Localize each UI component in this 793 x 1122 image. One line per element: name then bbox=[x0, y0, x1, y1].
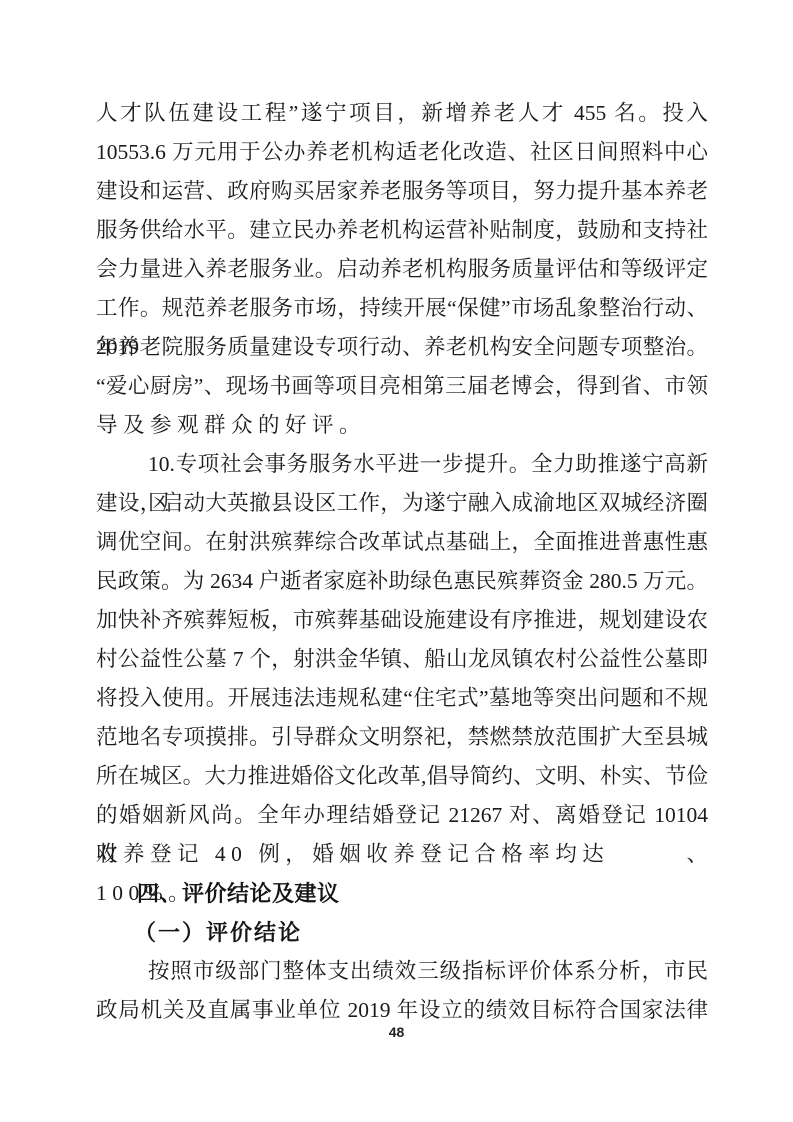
body-line: 年养老院服务质量建设专项行动、养老机构安全问题专项整治。 bbox=[96, 328, 708, 367]
body-line: “爱心厨房”、现场书画等项目亮相第三届老博会，得到省、市领 bbox=[96, 367, 708, 406]
body-line: 所在城区。大力推进婚俗文化改革,倡导简约、文明、朴实、节俭 bbox=[96, 757, 708, 796]
body-line: 民政策。为 2634 户逝者家庭补助绿色惠民殡葬资金 280.5 万元。 bbox=[96, 562, 708, 601]
section-heading: 四、评价结论及建议 bbox=[96, 874, 708, 913]
body-line: 建设和运营、政府购买居家养老服务等项目，努力提升基本养老 bbox=[96, 172, 708, 211]
body-line: 范地名专项摸排。引导群众文明祭祀，禁燃禁放范围扩大至县城 bbox=[96, 718, 708, 757]
body-line: 加快补齐殡葬短板，市殡葬基础设施建设有序推进，规划建设农 bbox=[96, 601, 708, 640]
body-line: 10553.6 万元用于公办养老机构适老化改造、社区日间照料中心 bbox=[96, 133, 708, 172]
body-line: 会力量进入养老服务业。启动养老机构服务质量评估和等级评定 bbox=[96, 250, 708, 289]
body-line: 的婚姻新风尚。全年办理结婚登记 21267 对、离婚登记 10104 对、 bbox=[96, 796, 708, 835]
body-line: 导及参观群众的好评。 bbox=[96, 406, 708, 445]
subsection-heading: （一）评价结论 bbox=[96, 913, 708, 952]
page-number: 48 bbox=[0, 1024, 793, 1040]
document-page: 人才队伍建设工程”遂宁项目，新增养老人才 455 名。投入 10553.6 万元… bbox=[0, 0, 793, 1122]
body-line: 将投入使用。开展违法违规私建“住宅式”墓地等突出问题和不规 bbox=[96, 679, 708, 718]
text-body: 人才队伍建设工程”遂宁项目，新增养老人才 455 名。投入 10553.6 万元… bbox=[96, 94, 708, 1030]
body-line-paragraph-start: 按照市级部门整体支出绩效三级指标评价体系分析，市民 bbox=[96, 952, 708, 991]
body-line: 建设，启动大英撤县设区工作，为遂宁融入成渝地区双城经济圈 bbox=[96, 484, 708, 523]
body-line: 人才队伍建设工程”遂宁项目，新增养老人才 455 名。投入 bbox=[96, 94, 708, 133]
body-line-paragraph-start: 10.专项社会事务服务水平进一步提升。全力助推遂宁高新区 bbox=[96, 445, 708, 484]
body-line: 村公益性公墓 7 个，射洪金华镇、船山龙凤镇农村公益性公墓即 bbox=[96, 640, 708, 679]
body-line: 工作。规范养老服务市场，持续开展“保健”市场乱象整治行动、2019 bbox=[96, 289, 708, 328]
body-line: 调优空间。在射洪殡葬综合改革试点基础上，全面推进普惠性惠 bbox=[96, 523, 708, 562]
body-line: 服务供给水平。建立民办养老机构运营补贴制度，鼓励和支持社 bbox=[96, 211, 708, 250]
